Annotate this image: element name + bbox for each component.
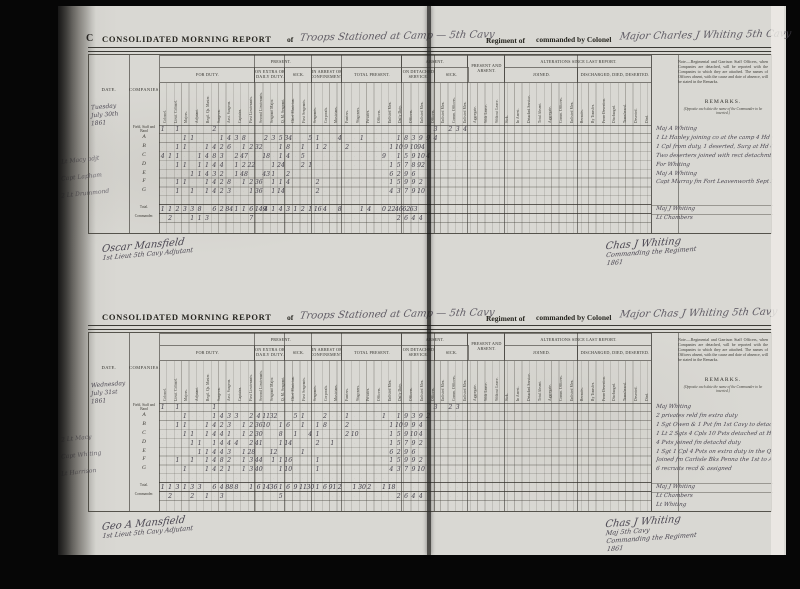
remarks-script-line: 6 recruits recd & assigned <box>655 465 772 474</box>
cell-value: 2 <box>395 493 402 502</box>
cell-value: · <box>181 215 188 224</box>
column-label: Comm. Officers. <box>452 375 456 401</box>
cell-value: · <box>388 215 395 224</box>
cell-value: · <box>329 215 336 224</box>
column-label: Colonel. <box>163 388 167 401</box>
column-label: Enlisted Men. <box>420 102 424 123</box>
cell-value: · <box>225 215 232 224</box>
column-label: Chief Musician. <box>291 376 295 401</box>
cell-value: · <box>307 493 314 502</box>
column-label: Sergeants. <box>313 385 317 401</box>
present-absent-header: PRESENT AND ABSENT. <box>467 333 506 361</box>
remarks-script-line: Maj Whiting <box>655 403 772 412</box>
column-label: Recruits. <box>580 109 584 123</box>
cell-value: · <box>159 215 166 224</box>
remarks-rule <box>652 483 773 484</box>
scanned-page: C CONSOLIDATED MORNING REPORT of Troops … <box>58 6 786 555</box>
column-label: Majors. <box>184 389 188 401</box>
company-row-label: D <box>129 439 159 448</box>
column-label: Transferred. <box>623 382 627 401</box>
column-label: In Arrest. <box>516 386 520 401</box>
company-row-label: E <box>129 170 159 179</box>
cell-value: · <box>321 215 328 224</box>
cell-value: 3 <box>218 493 225 502</box>
column-label: Detached Service. <box>527 95 531 123</box>
data-row: ·2··113·····7···················2644····… <box>159 214 484 224</box>
remarks-caption: (Opposite each date the name of the Comm… <box>678 107 768 115</box>
cell-value: 4 <box>410 493 417 502</box>
form-title: CONSOLIDATED MORNING REPORT <box>102 34 272 44</box>
column-label: Adjutant. <box>195 109 199 123</box>
grid-rows: 1·1····2·····························3·2… <box>159 125 651 223</box>
column-label: From Desertion. <box>602 98 606 123</box>
column-label: Enlisted Men. <box>570 380 574 401</box>
column-label: Enlisted Men. <box>388 380 392 401</box>
column-label: First Lieutenants. <box>249 374 253 401</box>
cell-value: 4 <box>410 215 417 224</box>
cell-value: 1 <box>196 215 203 224</box>
cell-value: · <box>248 493 255 502</box>
column-label: Farriers. <box>345 110 349 123</box>
cell-value: · <box>447 215 454 224</box>
date-script-line: 1861 <box>91 396 129 407</box>
cell-value: · <box>211 493 218 502</box>
cell-value: · <box>461 215 468 224</box>
cell-value: · <box>262 493 269 502</box>
column-label: Deserted. <box>634 386 638 401</box>
column-label: Privates. <box>366 110 370 123</box>
column-label: Discharged. <box>612 105 616 123</box>
cell-value: · <box>336 493 343 502</box>
cell-value: · <box>196 493 203 502</box>
remarks-title: REMARKS. <box>678 99 768 105</box>
remarks-script-line: 1 Lt 2 Sgts 4 Cpls 10 Pvts detached at H… <box>655 430 772 439</box>
remarks-bottom-line: Lt Whiting <box>655 501 772 510</box>
remarks-script-line: 1 Lt Hanley joining co at the camp 4 Hd … <box>655 134 772 143</box>
grid-rows: 1·1····1·····························3·2… <box>159 403 651 501</box>
cell-value: 1 <box>189 215 196 224</box>
remarks-script: Maj Whiting2 privates reld fm extra duty… <box>656 403 772 474</box>
signature-right: Chas J WhitingCommanding the Regiment186… <box>605 237 697 267</box>
cell-value: · <box>380 215 387 224</box>
company-row-label: B <box>129 421 159 430</box>
remarks-script-line: 1 Cpl from duty, 1 deserted, Surg at Hd … <box>655 143 772 152</box>
commander-handwriting: Major Charles J Whiting 5th Cavy <box>619 29 792 43</box>
cell-value: · <box>240 493 247 502</box>
column-label: Officers. <box>409 109 413 123</box>
cell-value: · <box>380 493 387 502</box>
remarks-caption: (Opposite each date the name of the Comm… <box>678 385 768 393</box>
cell-value: · <box>233 215 240 224</box>
companies-column-header: COMPANIES. <box>129 365 159 370</box>
date-script-line: 1861 <box>91 118 129 129</box>
cell-value: · <box>270 493 277 502</box>
cell-value: · <box>461 493 468 502</box>
cell-value: · <box>388 493 395 502</box>
column-label: Officers. <box>377 387 381 401</box>
cell-value: · <box>447 493 454 502</box>
cell-value: · <box>484 135 491 144</box>
cell-value: · <box>284 215 291 224</box>
cell-value: 7 <box>248 215 255 224</box>
cell-value: · <box>373 215 380 224</box>
cell-value: · <box>299 215 306 224</box>
column-label: Recruits. <box>580 387 584 401</box>
company-row-label: F <box>129 178 159 187</box>
column-label: Comm. Officers. <box>452 97 456 123</box>
remarks-bottom: Maj J WhitingLt ChambersLt Whiting <box>656 483 772 510</box>
remarks-script-line: 1 Sgt Owen & 1 Pvt fm 1st Cavy to detach… <box>655 421 772 430</box>
column-label: Chief Musician. <box>291 98 295 123</box>
column-label: Enlisted Men. <box>570 102 574 123</box>
column-label: Regtl. Qr. Master. <box>206 374 210 401</box>
column-label: Died. <box>645 115 649 123</box>
cell-value: · <box>454 493 461 502</box>
cell-value: · <box>476 413 483 422</box>
column-label: Comm. Officers. <box>559 97 563 123</box>
column-label: Officers. <box>377 109 381 123</box>
remarks-rule <box>652 205 773 206</box>
company-row-label: E <box>129 448 159 457</box>
of-label: of <box>287 35 293 44</box>
column-label: Second Lieutenants. <box>259 370 263 401</box>
cell-value: 4 <box>417 215 424 224</box>
cell-value: · <box>329 493 336 502</box>
column-label: Comm. Officers. <box>559 375 563 401</box>
column-label: Sergeant Major. <box>270 99 274 123</box>
remarks-column: Note.—Regimental and Garrison Staff Offi… <box>651 55 773 233</box>
cell-value: · <box>292 493 299 502</box>
column-label: Musicians. <box>334 384 338 401</box>
column-label: Captains. <box>238 387 242 401</box>
cell-value: · <box>469 215 476 224</box>
cell-value: · <box>174 215 181 224</box>
column-label: Detached Service. <box>527 373 531 401</box>
column-label: Sick. <box>505 115 509 123</box>
column-label: Total Absent. <box>538 381 542 401</box>
column-label: Aggregate. <box>548 106 552 123</box>
column-label: Surgeon. <box>217 387 221 401</box>
company-row-label: D <box>129 161 159 170</box>
company-row-label: A <box>129 134 159 143</box>
cell-value: · <box>476 179 483 188</box>
remarks-script-line: Capt Murray fm Fort Leavenworth Sept 2 1… <box>655 178 772 187</box>
cell-value: · <box>343 215 350 224</box>
cell-value: 6 <box>402 493 409 502</box>
companies-column: COMPANIES. Field, Staff and BandABCDEFGT… <box>129 333 160 511</box>
form-title: CONSOLIDATED MORNING REPORT <box>102 312 272 322</box>
printed-note: Note.—Regimental and Garrison Staff Offi… <box>678 337 768 362</box>
column-label: Corporals. <box>324 107 328 123</box>
column-label: Colonel. <box>163 110 167 123</box>
page-edge-highlight <box>771 6 784 555</box>
column-label: Discharged. <box>612 383 616 401</box>
cell-value: · <box>255 493 262 502</box>
cell-value: · <box>284 493 291 502</box>
regiment-label: Regiment of <box>486 314 525 323</box>
cell-value: · <box>358 215 365 224</box>
column-label: Second Lieutenants. <box>259 92 263 123</box>
cell-value: · <box>469 457 476 466</box>
company-rows: Field, Staff and BandABCDEFGTotal.Comman… <box>129 403 159 501</box>
column-label: Officers. <box>409 387 413 401</box>
column-label: Enlisted Men. <box>388 102 392 123</box>
cell-value: · <box>432 215 439 224</box>
present-absent-header: PRESENT AND ABSENT. <box>467 55 506 83</box>
signature-left: Oscar Mansfield1st Lieut 5th Cavy Adjuta… <box>101 238 193 262</box>
cell-value: · <box>314 493 321 502</box>
column-label: Asst. Surgeon. <box>227 379 231 401</box>
column-label: Transferred. <box>623 104 627 123</box>
cell-value: · <box>307 215 314 224</box>
cell-value: 2 <box>166 493 173 502</box>
remarks-script-line: Joined fm Carlisle Bks Penna the 1st to … <box>655 456 772 465</box>
remarks-bottom-line: Maj J Whiting <box>655 205 772 214</box>
cell-value: 4 <box>417 493 424 502</box>
column-label: Captains. <box>238 109 242 123</box>
cell-value: · <box>270 215 277 224</box>
remarks-script-line: Maj A Whiting <box>655 125 772 134</box>
cell-value: · <box>299 493 306 502</box>
companies-column-header: COMPANIES. <box>129 87 159 92</box>
cell-value: · <box>314 215 321 224</box>
column-label: In Arrest. <box>516 108 520 123</box>
cell-value: · <box>181 493 188 502</box>
company-row-label: C <box>129 430 159 439</box>
remarks-rule <box>652 492 773 493</box>
column-label: Enlisted Men. <box>441 102 445 123</box>
column-label: Privates. <box>366 388 370 401</box>
signature-right: Chas J WhitingMaj 5th CavyCommanding the… <box>605 515 697 553</box>
column-label: By Transfer. <box>591 104 595 123</box>
cell-value: · <box>469 493 476 502</box>
column-label: Majors. <box>184 111 188 123</box>
remarks-column: Note.—Regimental and Garrison Staff Offi… <box>651 333 773 511</box>
regiment-label: Regiment of <box>486 36 525 45</box>
cell-value: · <box>366 215 373 224</box>
cell-value: · <box>225 493 232 502</box>
remarks-script-line: 4 Pvts joined fm detachd duty <box>655 439 772 448</box>
column-label: Enlisted Men. <box>420 380 424 401</box>
company-row-label: Commander. <box>129 214 159 224</box>
column-label: Musicians. <box>334 106 338 123</box>
signature-left: Geo A Mansfield1st Lieut 5th Cavy Adjuta… <box>101 516 193 540</box>
remarks-script-line: 2 privates reld fm extra duty <box>655 412 772 421</box>
cell-value: · <box>277 215 284 224</box>
column-label: Adjutant. <box>195 387 199 401</box>
commanded-by-label: commanded by Colonel <box>536 313 611 322</box>
cell-value: 2 <box>395 215 402 224</box>
cell-value: 2 <box>189 493 196 502</box>
company-row-label <box>129 474 159 483</box>
company-row-label: G <box>129 465 159 474</box>
cell-value: · <box>218 215 225 224</box>
unit-handwriting: Troops Stationed at Camp — 5th Cavy <box>299 307 495 321</box>
cell-value: 6 <box>402 215 409 224</box>
cell-value: · <box>432 493 439 502</box>
column-label: Wagoners. <box>356 107 360 123</box>
cell-value: · <box>262 215 269 224</box>
cell-value: · <box>240 215 247 224</box>
cell-value: · <box>454 215 461 224</box>
column-label: Farriers. <box>345 388 349 401</box>
company-row-label <box>129 196 159 205</box>
column-label: First Sergeants. <box>302 99 306 123</box>
column-label: Deserted. <box>634 108 638 123</box>
cell-value: 5 <box>277 493 284 502</box>
column-label: Regtl. Qr. Master. <box>206 96 210 123</box>
column-label: Without Leave. <box>495 99 499 123</box>
column-label: Enlisted Men. <box>463 102 467 123</box>
grid: PRESENT. ABSENT. PRESENT AND ABSENT. ALT… <box>159 333 651 511</box>
cell-value: · <box>174 493 181 502</box>
commander-handwriting: Major Chas J Whiting 5th Cavy <box>619 307 778 321</box>
cell-value: · <box>439 493 446 502</box>
page-fold-line <box>427 6 431 555</box>
cell-value: · <box>358 493 365 502</box>
unit-handwriting: Troops Stationed at Camp — 5th Cavy <box>299 29 495 43</box>
cell-value: · <box>159 493 166 502</box>
date-script: TuesdayJuly 30th1861 <box>91 103 129 127</box>
column-label: By Transfer. <box>591 382 595 401</box>
companies-column: COMPANIES. Field, Staff and BandABCDEFGT… <box>129 55 160 233</box>
company-row-label: F <box>129 456 159 465</box>
cell-value: 2 <box>166 215 173 224</box>
cell-value: · <box>336 215 343 224</box>
column-label: With Leave. <box>484 382 488 401</box>
company-rows: Field, Staff and BandABCDEFGTotal.Comman… <box>129 125 159 223</box>
of-label: of <box>287 313 293 322</box>
grid: PRESENT. ABSENT. PRESENT AND ABSENT. ALT… <box>159 55 651 233</box>
cell-value: · <box>351 215 358 224</box>
remarks-bottom-line: Lt Chambers <box>655 214 772 223</box>
column-label: Total Absent. <box>538 103 542 123</box>
column-label: Surgeon. <box>217 109 221 123</box>
cell-value: · <box>292 215 299 224</box>
column-label: Corporals. <box>324 385 328 401</box>
column-label: Lieut. Colonel. <box>174 378 178 401</box>
column-label: Without Leave. <box>495 377 499 401</box>
cell-value: · <box>351 493 358 502</box>
cell-value: · <box>366 493 373 502</box>
column-label: Aggregate. <box>473 384 477 401</box>
column-label: First Sergeants. <box>302 377 306 401</box>
cell-value: · <box>211 215 218 224</box>
column-label: Sergeant Major. <box>270 377 274 401</box>
remarks-script-line: For Whiting <box>655 161 772 170</box>
cell-value: · <box>373 493 380 502</box>
printed-note: Note.—Regimental and Garrison Staff Offi… <box>678 59 768 84</box>
column-label: Sergeants. <box>313 107 317 123</box>
column-label: With Leave. <box>484 104 488 123</box>
cell-value: · <box>439 215 446 224</box>
column-label: First Lieutenants. <box>249 96 253 123</box>
column-label: Died. <box>645 393 649 401</box>
column-label: Enlisted Men. <box>441 380 445 401</box>
binding-gutter-shadow <box>58 6 96 555</box>
company-row-label: B <box>129 143 159 152</box>
date-script: WednesdayJuly 31st1861 <box>91 381 129 405</box>
column-label: Aggregate. <box>548 384 552 401</box>
column-label: From Desertion. <box>602 376 606 401</box>
cell-value: 1 <box>203 493 210 502</box>
cell-value: · <box>343 493 350 502</box>
column-label: Wagoners. <box>356 385 360 401</box>
remarks-rule <box>652 214 773 215</box>
column-label: Asst. Surgeon. <box>227 101 231 123</box>
column-label: Lieut. Colonel. <box>174 100 178 123</box>
company-row-label: Commander. <box>129 492 159 502</box>
company-row-label: A <box>129 412 159 421</box>
column-label: Enlisted Men. <box>463 380 467 401</box>
remarks-title: REMARKS. <box>678 377 768 383</box>
remarks-script: Maj A Whiting1 Lt Hanley joining co at t… <box>656 125 772 187</box>
remarks-script-line: Two deserters joined with rect detachmt … <box>655 152 772 161</box>
remarks-bottom-line: Maj J Whiting <box>655 483 772 492</box>
company-row-label: C <box>129 152 159 161</box>
commanded-by-label: commanded by Colonel <box>536 35 611 44</box>
cell-value: · <box>476 215 483 224</box>
remarks-bottom-line: Lt Chambers <box>655 492 772 501</box>
column-label: Sick. <box>505 393 509 401</box>
cell-value: · <box>233 493 240 502</box>
column-label: Aggregate. <box>473 106 477 123</box>
cell-value: · <box>321 493 328 502</box>
company-row-label: G <box>129 187 159 196</box>
cell-value: · <box>255 215 262 224</box>
cell-value: 3 <box>203 215 210 224</box>
